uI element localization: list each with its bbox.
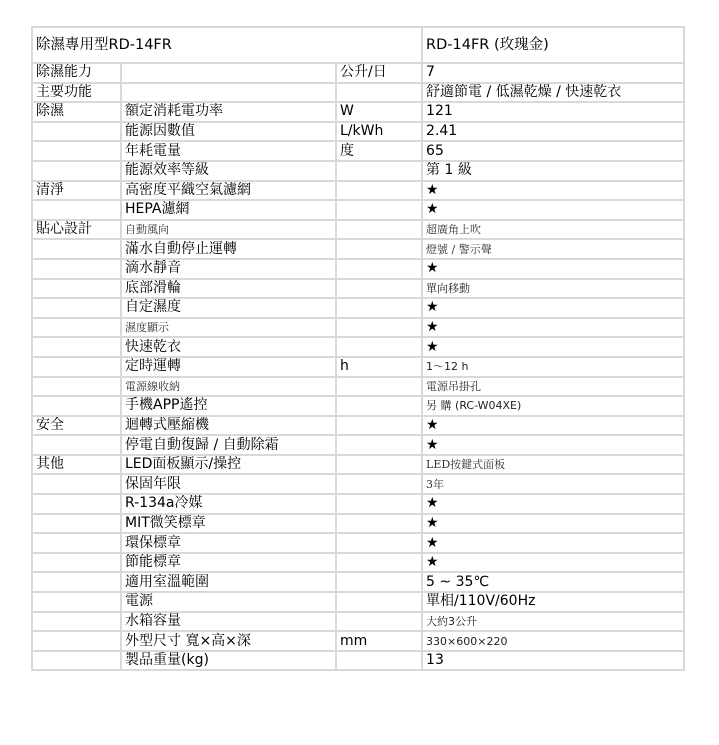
table-row: 外型尺寸 寬×高×深 mm 330×600×220: [32, 631, 684, 651]
spec-table: 除濕專用型RD-14FR RD-14FR (玫瑰金) 除濕能力 公升/日 7 主…: [31, 26, 685, 671]
row-value: 燈號 / 警示聲: [422, 239, 684, 259]
row-item: 快速乾衣: [121, 337, 336, 357]
row-item: 停電自動復歸 / 自動除霜: [121, 435, 336, 455]
star-icon: ★: [422, 435, 684, 455]
row-unit: [336, 200, 422, 220]
row-category: 安全: [32, 416, 121, 436]
row-unit: [336, 279, 422, 299]
row-category: [32, 239, 121, 259]
star-icon: ★: [422, 416, 684, 436]
row-item: 水箱容量: [121, 612, 336, 632]
table-row: 節能標章 ★: [32, 553, 684, 573]
table-row: 清淨 高密度平織空氣濾網 ★: [32, 181, 684, 201]
row-unit: mm: [336, 631, 422, 651]
row-item: 高密度平織空氣濾網: [121, 181, 336, 201]
row-unit: [336, 474, 422, 494]
row-value: 7: [422, 63, 684, 83]
table-row: 停電自動復歸 / 自動除霜 ★: [32, 435, 684, 455]
row-unit: [336, 416, 422, 436]
row-category: [32, 592, 121, 612]
table-row: 濕度顯示 ★: [32, 318, 684, 338]
row-item: 製品重量(kg): [121, 651, 336, 671]
row-item: 額定消耗電功率: [121, 102, 336, 122]
star-icon: ★: [422, 259, 684, 279]
table-row: 除濕 額定消耗電功率 W 121: [32, 102, 684, 122]
table-row: MIT微笑標章 ★: [32, 514, 684, 534]
table-row: 手機APP遙控 另 購 (RC-W04XE): [32, 396, 684, 416]
row-unit: [336, 239, 422, 259]
table-row: 安全 迴轉式壓縮機 ★: [32, 416, 684, 436]
table-row: 滴水靜音 ★: [32, 259, 684, 279]
row-item: 定時運轉: [121, 357, 336, 377]
table-row: 自定濕度 ★: [32, 298, 684, 318]
row-item: 自定濕度: [121, 298, 336, 318]
row-value: 大約3公升: [422, 612, 684, 632]
row-unit: [336, 298, 422, 318]
table-row: R-134a冷媒 ★: [32, 494, 684, 514]
row-unit: [336, 651, 422, 671]
row-category: [32, 337, 121, 357]
table-row: 保固年限 3年: [32, 474, 684, 494]
row-item: 電源線收納: [121, 377, 336, 397]
row-unit: [336, 377, 422, 397]
table-row: 快速乾衣 ★: [32, 337, 684, 357]
row-category: [32, 514, 121, 534]
row-value: 超廣角上吹: [422, 220, 684, 240]
row-category: [32, 631, 121, 651]
row-unit: [336, 553, 422, 573]
row-category: [32, 553, 121, 573]
row-value: LED按鍵式面板: [422, 455, 684, 475]
row-value: 單相/110V/60Hz: [422, 592, 684, 612]
row-item: R-134a冷媒: [121, 494, 336, 514]
table-row: 水箱容量 大約3公升: [32, 612, 684, 632]
row-category: [32, 612, 121, 632]
row-unit: 度: [336, 141, 422, 161]
row-unit: [336, 612, 422, 632]
row-value: 單向移動: [422, 279, 684, 299]
row-item: 底部滑輪: [121, 279, 336, 299]
row-category: [32, 200, 121, 220]
row-value: 第 1 級: [422, 161, 684, 181]
row-item: 濕度顯示: [121, 318, 336, 338]
row-unit: [336, 494, 422, 514]
product-title: 除濕專用型RD-14FR: [32, 27, 422, 63]
row-value: 1～12 h: [422, 357, 684, 377]
star-icon: ★: [422, 181, 684, 201]
row-category: [32, 474, 121, 494]
star-icon: ★: [422, 514, 684, 534]
table-row: 定時運轉 h 1～12 h: [32, 357, 684, 377]
table-row: 其他 LED面板顯示/操控 LED按鍵式面板: [32, 455, 684, 475]
row-unit: 公升/日: [336, 63, 422, 83]
row-category: [32, 318, 121, 338]
row-item: 手機APP遙控: [121, 396, 336, 416]
row-item: 滴水靜音: [121, 259, 336, 279]
row-category: [32, 298, 121, 318]
row-value: 121: [422, 102, 684, 122]
table-row: 電源 單相/110V/60Hz: [32, 592, 684, 612]
table-row: HEPA濾網 ★: [32, 200, 684, 220]
row-category: [32, 435, 121, 455]
star-icon: ★: [422, 318, 684, 338]
row-category: 除濕能力: [32, 63, 121, 83]
row-item: 保固年限: [121, 474, 336, 494]
row-unit: [336, 455, 422, 475]
star-icon: ★: [422, 494, 684, 514]
star-icon: ★: [422, 200, 684, 220]
row-unit: [336, 220, 422, 240]
table-row: 能源效率等級 第 1 級: [32, 161, 684, 181]
row-category: [32, 494, 121, 514]
star-icon: ★: [422, 553, 684, 573]
row-item: MIT微笑標章: [121, 514, 336, 534]
row-category: [32, 572, 121, 592]
row-value: 舒適節電 / 低濕乾燥 / 快速乾衣: [422, 83, 684, 103]
table-header-row: 除濕專用型RD-14FR RD-14FR (玫瑰金): [32, 27, 684, 63]
row-item: 適用室溫範圍: [121, 572, 336, 592]
row-value: 330×600×220: [422, 631, 684, 651]
table-row: 製品重量(kg) 13: [32, 651, 684, 671]
row-unit: h: [336, 357, 422, 377]
table-row: 主要功能 舒適節電 / 低濕乾燥 / 快速乾衣: [32, 83, 684, 103]
row-category: [32, 279, 121, 299]
row-category: 貼心設計: [32, 220, 121, 240]
row-value: 電源吊掛孔: [422, 377, 684, 397]
table-row: 適用室溫範圍 5 ~ 35℃: [32, 572, 684, 592]
row-unit: [336, 514, 422, 534]
row-category: [32, 651, 121, 671]
row-unit: [336, 435, 422, 455]
row-category: [32, 259, 121, 279]
row-unit: [336, 83, 422, 103]
row-unit: [336, 533, 422, 553]
row-unit: [336, 181, 422, 201]
row-item: 環保標章: [121, 533, 336, 553]
row-item: 能源因數值: [121, 122, 336, 142]
row-unit: [336, 592, 422, 612]
row-unit: [336, 318, 422, 338]
row-category: [32, 161, 121, 181]
row-category: [32, 377, 121, 397]
row-item: 節能標章: [121, 553, 336, 573]
row-item: 滿水自動停止運轉: [121, 239, 336, 259]
table-row: 滿水自動停止運轉 燈號 / 警示聲: [32, 239, 684, 259]
star-icon: ★: [422, 298, 684, 318]
row-category: 除濕: [32, 102, 121, 122]
row-value: 2.41: [422, 122, 684, 142]
row-item: HEPA濾網: [121, 200, 336, 220]
row-item: 外型尺寸 寬×高×深: [121, 631, 336, 651]
star-icon: ★: [422, 337, 684, 357]
row-category: 主要功能: [32, 83, 121, 103]
row-value: 13: [422, 651, 684, 671]
row-unit: [336, 572, 422, 592]
row-category: [32, 122, 121, 142]
row-category: [32, 141, 121, 161]
row-unit: [336, 161, 422, 181]
row-item: 電源: [121, 592, 336, 612]
row-category: 其他: [32, 455, 121, 475]
row-unit: [336, 396, 422, 416]
row-value: 3年: [422, 474, 684, 494]
row-category: [32, 357, 121, 377]
table-row: 能源因數值 L/kWh 2.41: [32, 122, 684, 142]
product-model: RD-14FR (玫瑰金): [422, 27, 684, 63]
table-row: 年耗電量 度 65: [32, 141, 684, 161]
row-unit: [336, 259, 422, 279]
row-category: [32, 396, 121, 416]
table-row: 除濕能力 公升/日 7: [32, 63, 684, 83]
row-value: 另 購 (RC-W04XE): [422, 396, 684, 416]
table-row: 環保標章 ★: [32, 533, 684, 553]
table-row: 貼心設計 自動風向 超廣角上吹: [32, 220, 684, 240]
row-item: [121, 83, 336, 103]
table-row: 底部滑輪 單向移動: [32, 279, 684, 299]
row-item: 能源效率等級: [121, 161, 336, 181]
row-value: 5 ~ 35℃: [422, 572, 684, 592]
row-unit: [336, 337, 422, 357]
star-icon: ★: [422, 533, 684, 553]
row-category: 清淨: [32, 181, 121, 201]
row-category: [32, 533, 121, 553]
row-item: 自動風向: [121, 220, 336, 240]
row-item: 年耗電量: [121, 141, 336, 161]
row-unit: W: [336, 102, 422, 122]
row-item: LED面板顯示/操控: [121, 455, 336, 475]
row-value: 65: [422, 141, 684, 161]
row-item: [121, 63, 336, 83]
table-row: 電源線收納 電源吊掛孔: [32, 377, 684, 397]
row-unit: L/kWh: [336, 122, 422, 142]
row-item: 迴轉式壓縮機: [121, 416, 336, 436]
